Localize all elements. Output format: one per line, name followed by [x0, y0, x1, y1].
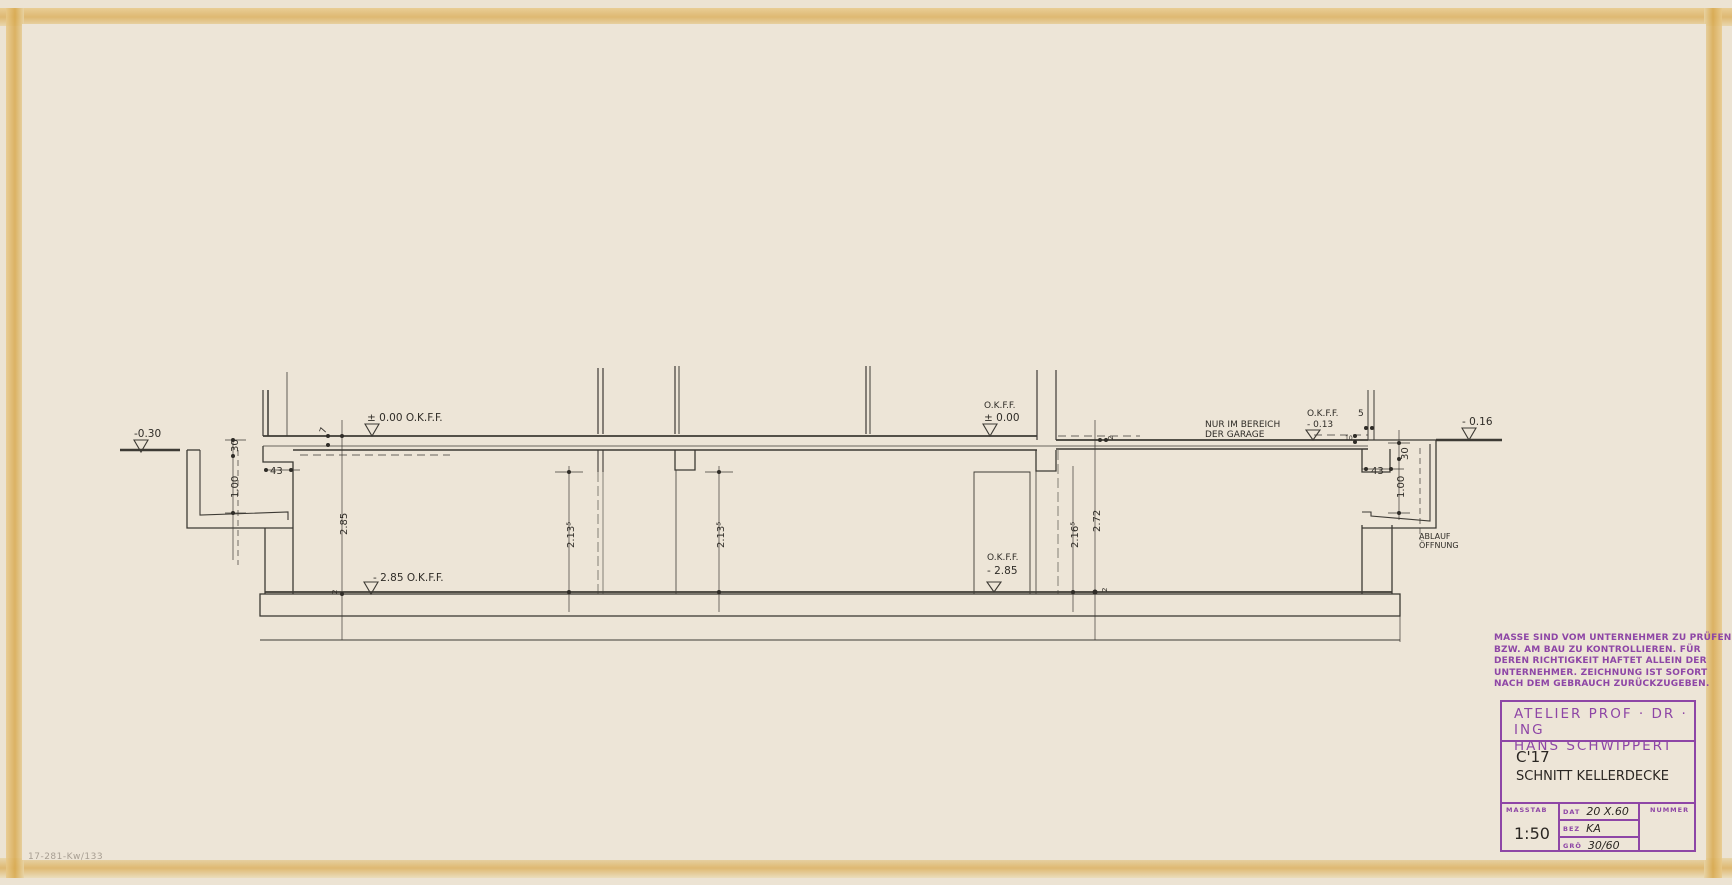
date-label: DAT: [1563, 808, 1580, 816]
meta-cells: DAT 20 X.60 BEZ KA GRÖ 30/60: [1560, 804, 1640, 852]
elevation-ground-floor-mid-title: O.K.F.F.: [984, 401, 1016, 411]
title-block-grid: MASSTAB 1:50 DAT 20 X.60 BEZ KA GRÖ 30/6…: [1502, 802, 1694, 852]
elevation-ground-floor-left: ± 0.00 O.K.F.F.: [367, 412, 443, 424]
scale-cell: MASSTAB 1:50: [1502, 804, 1560, 852]
notice-line: NACH DEM GEBRAUCH ZURÜCKZUGEBEN.: [1494, 679, 1708, 691]
dimension-lines: [225, 420, 1410, 640]
dim-right-step-top: 5: [1358, 409, 1364, 419]
dim-clear-height-1: 2.13⁵: [566, 522, 577, 548]
drawing-sheet: -0.30 ± 0.00 O.K.F.F. O.K.F.F. ± 0.00 NU…: [0, 0, 1732, 885]
dim-right-step-small: 10: [1345, 435, 1353, 442]
drawn-by-value: KA: [1586, 822, 1601, 835]
dim-floor-finish-left: 2: [331, 590, 339, 594]
dim-slab-left: 7: [318, 426, 329, 435]
size-row: GRÖ 30/60: [1560, 838, 1638, 853]
notice-line: BZW. AM BAU ZU KONTROLLIEREN. FÜR: [1494, 645, 1708, 657]
scale-value: 1:50: [1514, 824, 1550, 843]
date-row: DAT 20 X.60: [1560, 804, 1638, 821]
notice-line: MASSE SIND VOM UNTERNEHMER ZU PRÜFEN: [1494, 633, 1708, 645]
drawing-title: SCHNITT KELLERDECKE: [1516, 767, 1694, 786]
drain-label-line2: ÖFFNUNG: [1419, 540, 1459, 550]
dim-basement-height-right: 2.72: [1092, 510, 1103, 532]
title-block: ATELIER PROF · DR · ING HANS SCHWIPPERT …: [1500, 700, 1696, 852]
dim-left-well-width: 43: [270, 466, 283, 477]
elevation-garage-value: - 0.13: [1307, 420, 1333, 430]
basement-floor-slab: [260, 592, 1400, 642]
contractor-notice-stamp: MASSE SIND VOM UNTERNEHMER ZU PRÜFEN BZW…: [1494, 633, 1708, 691]
dim-floor-finish-right: 2: [1101, 588, 1109, 592]
section-drawing: -0.30 ± 0.00 O.K.F.F. O.K.F.F. ± 0.00 NU…: [0, 0, 1732, 885]
number-label: NUMMER: [1640, 804, 1694, 814]
elevation-right-ground: - 0.16: [1462, 416, 1493, 428]
date-value: 20 X.60: [1586, 805, 1629, 818]
dim-left-well-top: 30: [230, 439, 241, 452]
dim-left-well-height: 1.00: [230, 476, 241, 498]
left-light-well: [187, 446, 293, 565]
size-label: GRÖ: [1563, 842, 1582, 850]
garage-note-line1: NUR IM BEREICH: [1205, 420, 1280, 430]
size-value: 30/60: [1588, 839, 1620, 852]
firm-line1: ATELIER PROF · DR · ING: [1514, 706, 1694, 738]
elevation-garage-title: O.K.F.F.: [1307, 409, 1339, 419]
elevation-ground-floor-mid-value: ± 0.00: [984, 412, 1020, 424]
drain-label-line1: ABLAUF: [1419, 532, 1451, 541]
dim-clear-height-3: 2.16⁵: [1070, 522, 1081, 548]
archive-mark: 17-281-Kw/133: [28, 852, 103, 862]
elevation-basement-mid-title: O.K.F.F.: [987, 553, 1019, 563]
basement-ceiling-slab: [263, 435, 1368, 472]
dim-basement-height-left: 2.85: [339, 513, 350, 535]
title-block-firm: ATELIER PROF · DR · ING HANS SCHWIPPERT: [1502, 702, 1694, 742]
dim-clear-height-2: 2.13⁵: [716, 522, 727, 548]
dim-garage-step: 2: [1107, 436, 1115, 440]
number-cell: NUMMER: [1640, 804, 1694, 852]
scale-label: MASSTAB: [1502, 804, 1558, 814]
notice-line: DEREN RICHTIGKEIT HAFTET ALLEIN DER: [1494, 656, 1708, 668]
notice-line: UNTERNEHMER. ZEICHNUNG IST SOFORT: [1494, 668, 1708, 680]
dim-right-well-top: 30: [1400, 447, 1411, 460]
garage-note-line2: DER GARAGE: [1205, 430, 1265, 440]
dim-right-well-width: 43: [1371, 466, 1384, 477]
dim-right-well-height: 1.00: [1396, 476, 1407, 498]
drawn-by-row: BEZ KA: [1560, 821, 1638, 838]
dimension-dots: [231, 426, 1401, 596]
elevation-basement-left: - 2.85 O.K.F.F.: [373, 572, 444, 584]
elevation-left-ground: -0.30: [134, 428, 161, 440]
elevation-basement-mid-value: - 2.85: [987, 565, 1018, 577]
drawn-by-label: BEZ: [1563, 825, 1580, 833]
